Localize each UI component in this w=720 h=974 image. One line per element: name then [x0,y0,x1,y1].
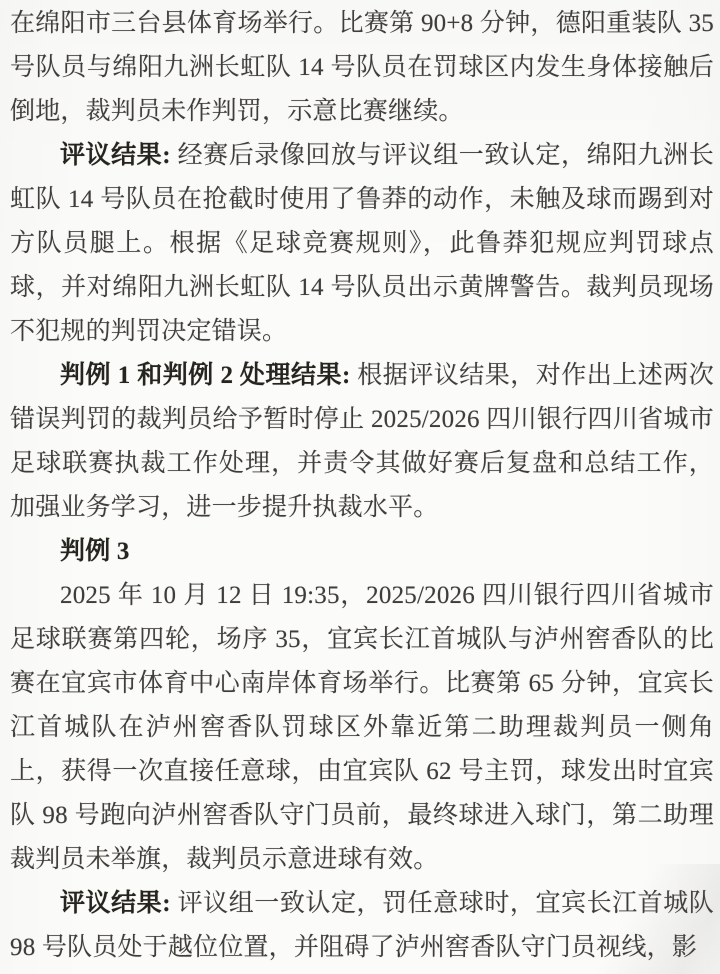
paragraph-lead: 评议结果: [60,142,178,169]
paragraph-text: 2025 年 10 月 12 日 19:35，2025/2026 四川银行四川省… [10,582,714,873]
paragraph-lead: 判例 3 [60,538,130,565]
paragraph-review-result-1: 评议结果: 经赛后录像回放与评议组一致认定，绵阳九洲长虹队 14 号队员在抢截时… [10,134,714,354]
paragraph-case-1-2-handling: 判例 1 和判例 2 处理结果: 根据评议结果，对作出上述两次错误判罚的裁判员给… [10,354,714,530]
paragraph-continuation: 在绵阳市三台县体育场举行。比赛第 90+8 分钟，德阳重装队 35 号队员与绵阳… [10,2,714,134]
paragraph-lead: 判例 1 和判例 2 处理结果: [60,362,357,389]
paragraph-case-3-description: 2025 年 10 月 12 日 19:35，2025/2026 四川银行四川省… [10,574,714,882]
paragraph-case-3-heading: 判例 3 [10,530,714,574]
paragraph-review-result-2: 评议结果: 评议组一致认定，罚任意球时，宜宾长江首城队 98 号队员处于越位位置… [10,882,714,970]
document-page: { "page": { "language": "zh-CN", "backgr… [0,0,720,974]
document-body: 在绵阳市三台县体育场举行。比赛第 90+8 分钟，德阳重装队 35 号队员与绵阳… [0,0,720,970]
paragraph-text: 经赛后录像回放与评议组一致认定，绵阳九洲长虹队 14 号队员在抢截时使用了鲁莽的… [10,142,714,345]
paragraph-text: 在绵阳市三台县体育场举行。比赛第 90+8 分钟，德阳重装队 35 号队员与绵阳… [10,10,714,125]
paragraph-lead: 评议结果: [60,890,178,917]
